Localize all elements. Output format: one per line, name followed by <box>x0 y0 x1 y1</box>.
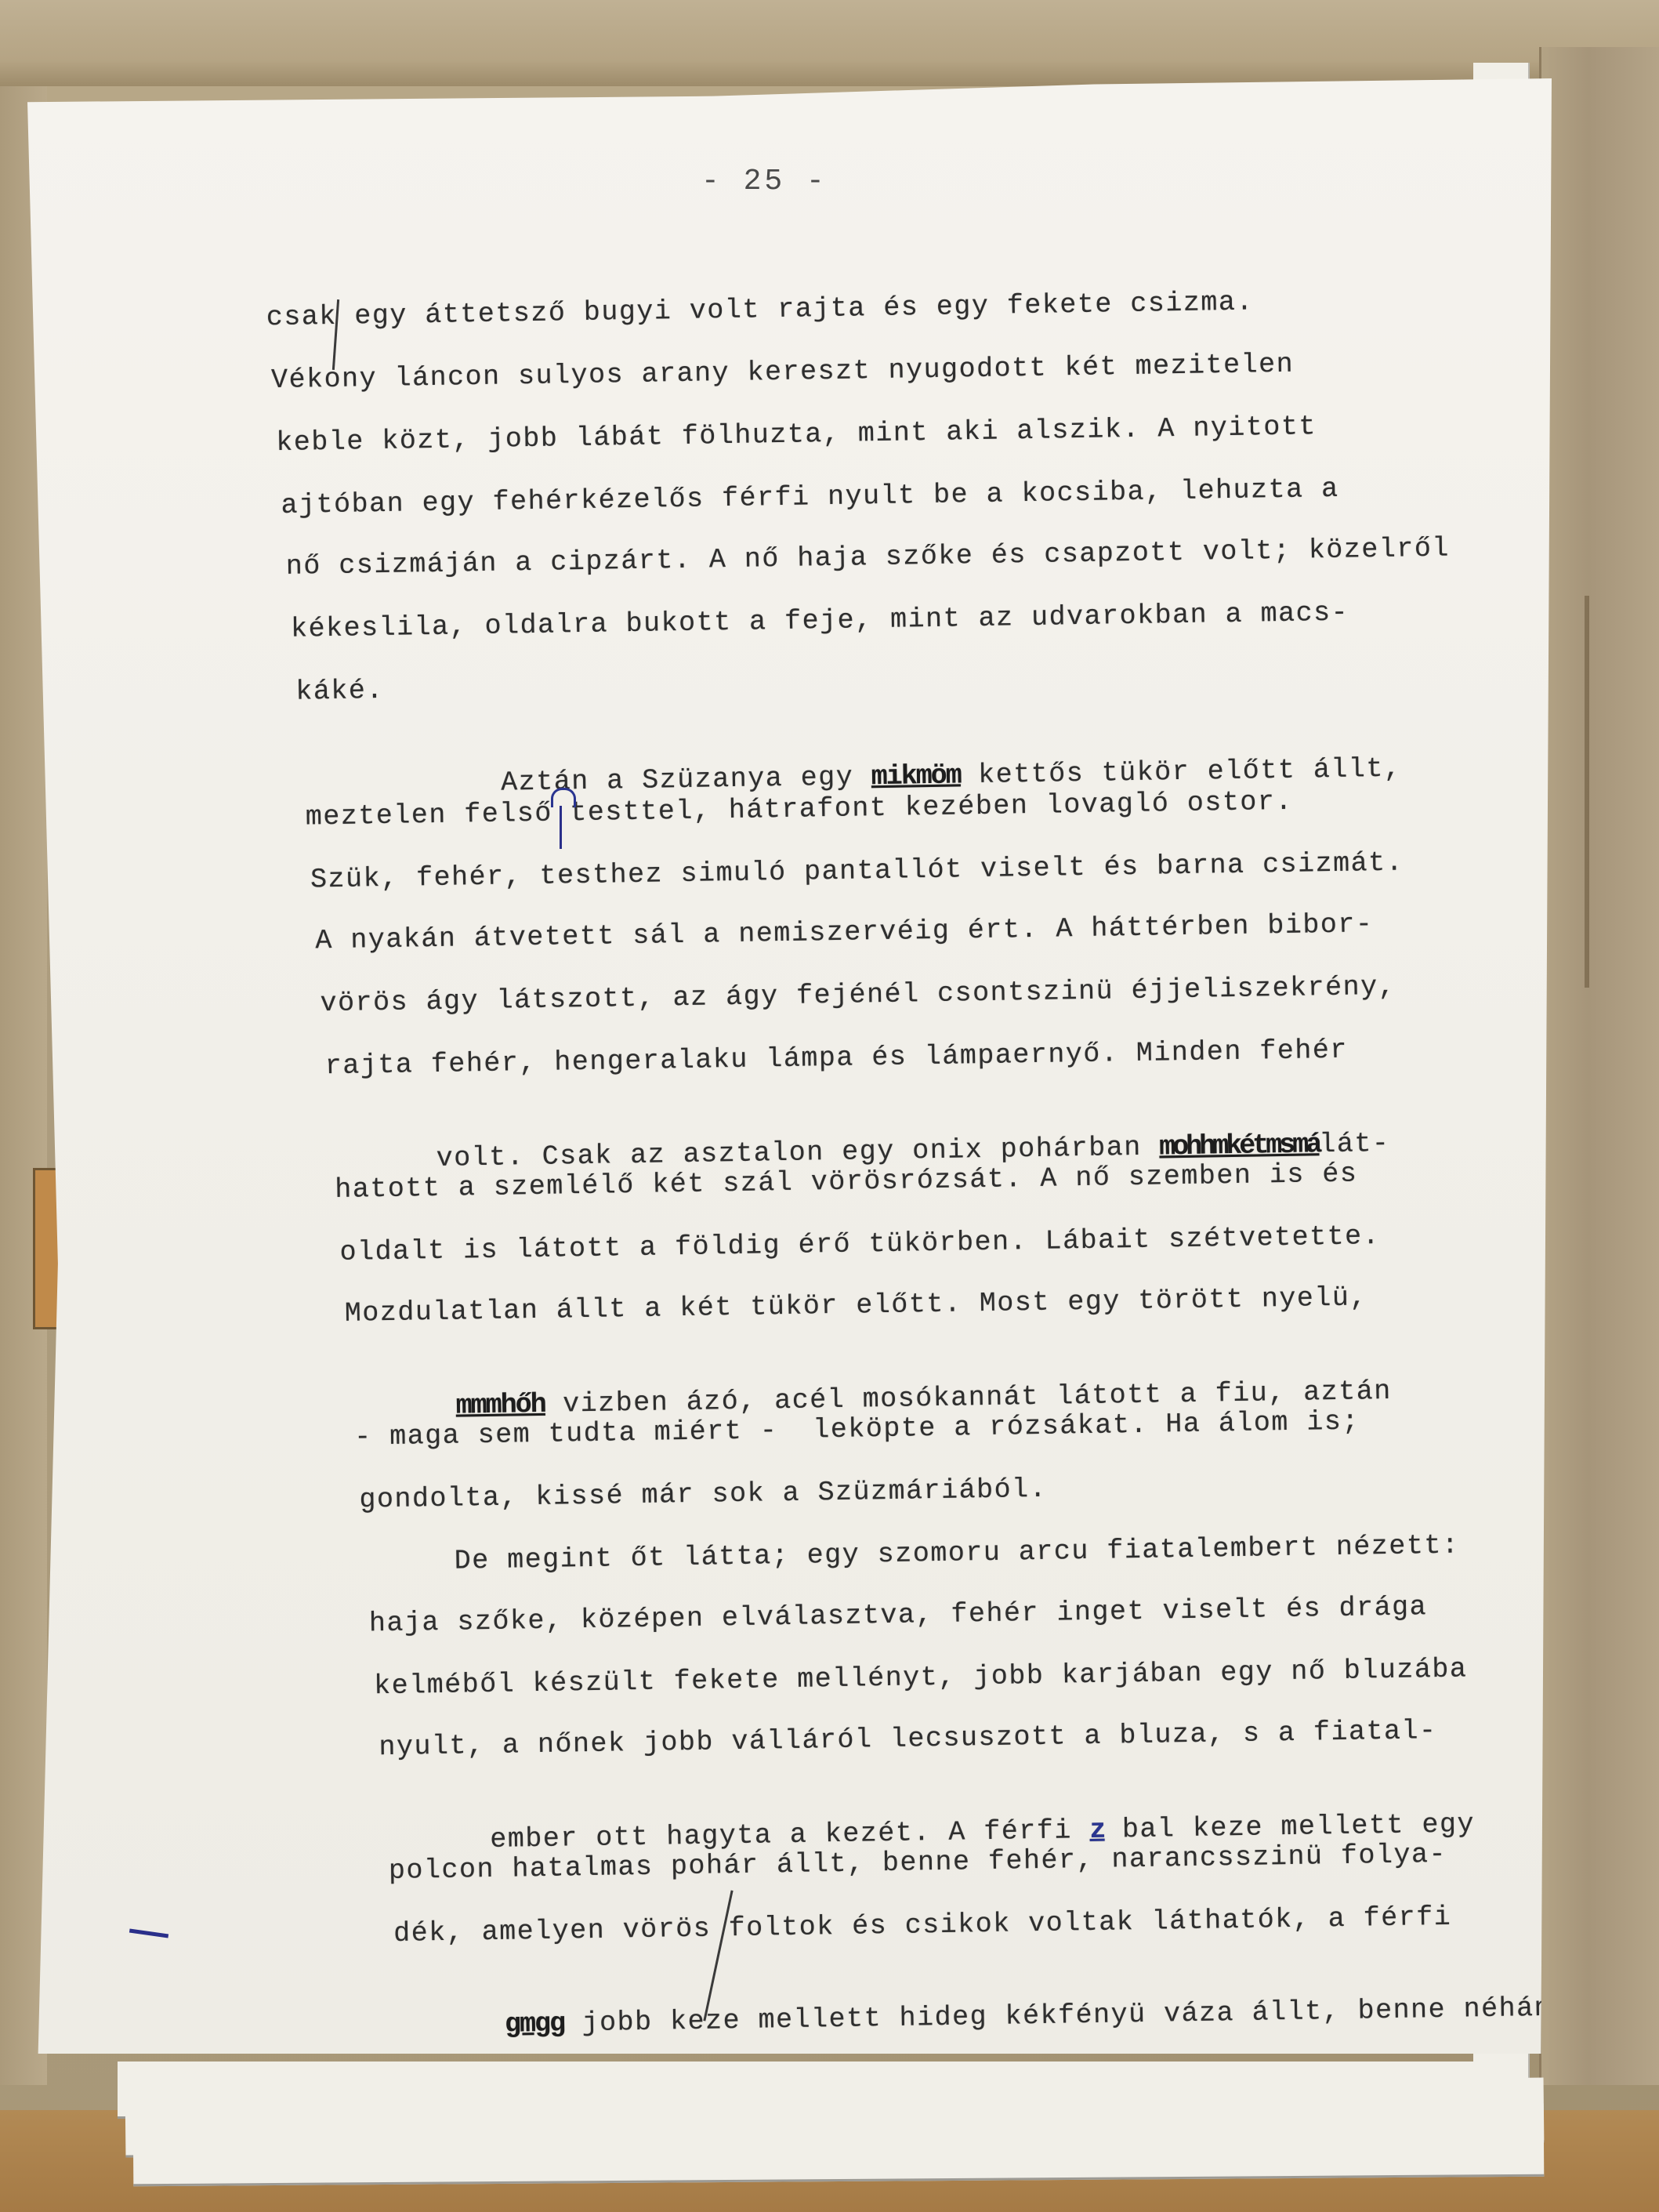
text-line: dék, amelyen vörös foltok és csikok volt… <box>393 1902 1452 1949</box>
blue-caret-mark <box>551 788 576 807</box>
text-line: haja szőke, középen elválasztva, fehér i… <box>369 1591 1428 1639</box>
blue-separator-mark <box>560 806 562 849</box>
text-line: csak egy áttetsző bugyi volt rajta és eg… <box>266 286 1255 333</box>
struck-text: z <box>1089 1815 1105 1846</box>
text-segment: jobb keze mellett hideg kékfényü váza ál… <box>581 1992 1570 2039</box>
folder-top-edge <box>0 0 1659 86</box>
text-line: Mozdulatlan állt a két tükör előtt. Most… <box>344 1282 1367 1329</box>
text-line: gondolta, kissé már sok a Szüzmáriából. <box>359 1474 1047 1516</box>
text-line: De megint őt látta; egy szomoru arcu fia… <box>454 1530 1459 1577</box>
text-line: nő csizmáján a cipzárt. A nő haja szőke … <box>286 533 1451 582</box>
text-line: ajtóban egy fehérkézelős férfi nyult be … <box>281 473 1339 521</box>
text-line: vörös ágy látszott, az ágy fejénél csont… <box>320 971 1396 1020</box>
underlying-sheet <box>133 2104 1545 2187</box>
text-line: nyult, a nőnek jobb válláról lecsuszott … <box>379 1715 1437 1763</box>
text-line: keble közt, jobb lábát fölhuzta, mint ak… <box>276 411 1317 459</box>
text-segment: kettős tükör előtt állt, <box>978 753 1402 791</box>
struck-text: mmmhőh <box>455 1389 545 1422</box>
folder-crease <box>1585 596 1589 988</box>
typewritten-page: - 25 - csak egy áttetsző bugyi volt rajt… <box>27 78 1552 2054</box>
text-line: kékeslila, oldalra bukott a feje, mint a… <box>291 597 1349 645</box>
text-line: kelméből készült fekete mellényt, jobb k… <box>374 1653 1468 1702</box>
folder-right-edge <box>1539 47 1659 2085</box>
text-line: káké. <box>295 675 384 708</box>
struck-text: mikmöm <box>871 760 961 792</box>
text-line: Vékony láncon sulyos arany kereszt nyugo… <box>271 349 1295 396</box>
struck-text: mohhmkétmsmá <box>1159 1129 1320 1162</box>
text-line: A nyakán átvetett sál a nemiszervéig ért… <box>315 908 1374 956</box>
text-line: Szük, fehér, testhez simuló pantallót vi… <box>310 847 1404 896</box>
text-line: rajta fehér, hengeralaku lámpa és lámpae… <box>325 1035 1349 1082</box>
typed-text-block: csak egy áttetsző bugyi volt rajta és eg… <box>27 54 1582 2053</box>
text-segment: lát- <box>1319 1128 1390 1160</box>
struck-text: gmgg <box>505 2008 565 2040</box>
text-line: oldalt is látott a földig érő tükörben. … <box>339 1220 1380 1268</box>
